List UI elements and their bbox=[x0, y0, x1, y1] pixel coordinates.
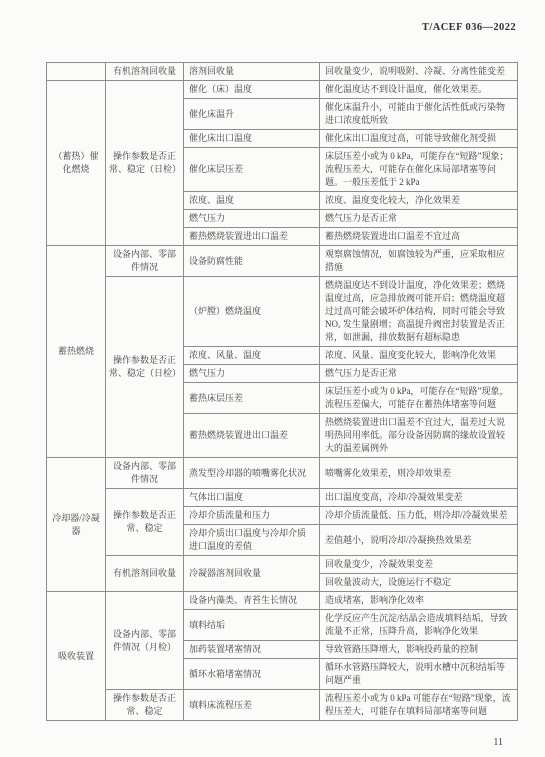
page-number: 11 bbox=[493, 737, 503, 748]
group-cell: 操作参数是否正常、稳定 bbox=[106, 690, 184, 721]
param-cell: 蓄热燃烧装置进出口温差 bbox=[184, 414, 320, 458]
desc-cell: 浓度、风量、温度变化较大，影响净化效果 bbox=[320, 347, 518, 365]
section-cell: （蓄热）催化燃烧 bbox=[47, 81, 106, 246]
param-cell: 设备内藻类、青苔生长情况 bbox=[184, 592, 320, 610]
table-row: （蓄热）催化燃烧 操作参数是否正常、稳定（日检） 催化（床）温度 催化温度达不到… bbox=[47, 81, 518, 99]
param-cell: 填料结垢 bbox=[184, 610, 320, 641]
desc-cell: 喷嘴雾化效果差，则冷却效果差 bbox=[320, 458, 518, 489]
desc-cell: 造成堵塞，影响净化效率 bbox=[320, 592, 518, 610]
desc-cell: 流程压差小或为 0 kPa 可能存在“短路”现象，流程压差大，可能存在填料局部堵… bbox=[320, 690, 518, 721]
param-cell: 催化床出口温度 bbox=[184, 130, 320, 148]
param-cell: 催化床温升 bbox=[184, 99, 320, 130]
param-cell: 蒸发型冷却器的喷嘴雾化状况 bbox=[184, 458, 320, 489]
section-cell-empty bbox=[47, 63, 106, 81]
desc-cell: 循环水管路压降较大，说明水槽中沉积结垢等问题严重 bbox=[320, 659, 518, 690]
desc-cell: 燃烧温度达不到设计温度，净化效果差；燃烧温度过高，应急排放阀可能开启；燃烧温度超… bbox=[320, 277, 518, 347]
desc-cell: 化学反应产生沉淀/结晶会造成填料结垢，导致流量不正常，压降升高，影响净化效果 bbox=[320, 610, 518, 641]
desc-cell: 热燃烧装置进出口温差不宜过大，温差过大说明热回用率低。部分设备因防腐的缘故设置较… bbox=[320, 414, 518, 458]
desc-cell: 燃气压力是否正常 bbox=[320, 210, 518, 228]
table-row: 操作参数是否正常、稳定 填料床流程压差 流程压差小或为 0 kPa 可能存在“短… bbox=[47, 690, 518, 721]
param-cell: 浓度、温度 bbox=[184, 192, 320, 210]
inspection-table: 有机溶剂回收量 溶剂回收量 回收量变少，说明吸附、冷凝、分离性能变差 （蓄热）催… bbox=[46, 62, 518, 721]
table-row: 冷却器/冷凝器 设备内部、零部件情况 蒸发型冷却器的喷嘴雾化状况 喷嘴雾化效果差… bbox=[47, 458, 518, 489]
param-cell: 溶剂回收量 bbox=[184, 63, 320, 81]
param-cell: （炉膛）燃烧温度 bbox=[184, 277, 320, 347]
desc-cell: 浓度、温度变化较大，净化效果差 bbox=[320, 192, 518, 210]
param-cell: 填料床流程压差 bbox=[184, 690, 320, 721]
table-row: 操作参数是否正常、稳定（日检） （炉膛）燃烧温度 燃烧温度达不到设计温度，净化效… bbox=[47, 277, 518, 347]
param-cell: 催化床层压差 bbox=[184, 148, 320, 192]
group-cell: 有机溶剂回收量 bbox=[106, 63, 184, 81]
param-cell: 蓄热床层压差 bbox=[184, 383, 320, 414]
param-cell: 气体出口温度 bbox=[184, 489, 320, 507]
table-row: 有机溶剂回收量 冷凝器溶剂回收量 回收量变少，冷凝效果变差 bbox=[47, 556, 518, 574]
document-header: T/ACEF 036—2022 bbox=[422, 22, 516, 33]
desc-cell: 床层压差小或为 0 kPa，可能存在“短路”现象；流程压差大，可能存在催化床局部… bbox=[320, 148, 518, 192]
desc-cell: 出口温度变高，冷却/冷凝效果变差 bbox=[320, 489, 518, 507]
desc-cell: 导致管路压降增大，影响投药量的控制 bbox=[320, 641, 518, 659]
desc-cell: 燃气压力是否正常 bbox=[320, 365, 518, 383]
table-row: 蓄热燃烧 设备内部、零部件情况 设备防腐性能 观察腐蚀情况，如腐蚀较为严重，应采… bbox=[47, 246, 518, 277]
section-cell: 吸收装置 bbox=[47, 592, 106, 721]
desc-cell: 差值越小，说明冷却/冷凝换热效果差 bbox=[320, 525, 518, 556]
param-cell: 加药装置堵塞情况 bbox=[184, 641, 320, 659]
desc-cell: 冷却介质流量低、压力低，则冷却/冷凝效果差 bbox=[320, 507, 518, 525]
group-cell: 操作参数是否正常、稳定 bbox=[106, 489, 184, 556]
desc-cell: 回收量波动大，设施运行不稳定 bbox=[320, 574, 518, 592]
group-cell: 设备内部、零部件情况（月检） bbox=[106, 592, 184, 690]
desc-cell: 蓄热燃烧装置进出口温差不宜过高 bbox=[320, 228, 518, 246]
desc-cell: 回收量变少，冷凝效果变差 bbox=[320, 556, 518, 574]
group-cell: 操作参数是否正常、稳定（日检） bbox=[106, 277, 184, 458]
document-page: T/ACEF 036—2022 有机溶剂回收量 溶剂回收量 回收量变少，说明吸附… bbox=[0, 0, 545, 757]
table-row: 有机溶剂回收量 溶剂回收量 回收量变少，说明吸附、冷凝、分离性能变差 bbox=[47, 63, 518, 81]
param-cell: 冷凝器溶剂回收量 bbox=[184, 556, 320, 592]
param-cell: 循环水箱堵塞情况 bbox=[184, 659, 320, 690]
desc-cell: 观察腐蚀情况，如腐蚀较为严重，应采取相应措施 bbox=[320, 246, 518, 277]
desc-cell: 回收量变少，说明吸附、冷凝、分离性能变差 bbox=[320, 63, 518, 81]
param-cell: 设备防腐性能 bbox=[184, 246, 320, 277]
desc-cell: 床层压差小或为 0 kPa，可能存在“短路”现象，流程压差偏大，可能存在蓄热体堵… bbox=[320, 383, 518, 414]
table-row: 操作参数是否正常、稳定 气体出口温度 出口温度变高，冷却/冷凝效果变差 bbox=[47, 489, 518, 507]
group-cell: 设备内部、零部件情况 bbox=[106, 246, 184, 277]
param-cell: 催化（床）温度 bbox=[184, 81, 320, 99]
group-cell: 操作参数是否正常、稳定（日检） bbox=[106, 81, 184, 246]
param-cell: 燃气压力 bbox=[184, 365, 320, 383]
param-cell: 燃气压力 bbox=[184, 210, 320, 228]
param-cell: 冷却介质出口温度与冷却介质进口温度的差值 bbox=[184, 525, 320, 556]
param-cell: 冷却介质流量和压力 bbox=[184, 507, 320, 525]
desc-cell: 催化床温升小，可能由于催化活性低或污染物进口浓度低所致 bbox=[320, 99, 518, 130]
section-cell: 蓄热燃烧 bbox=[47, 246, 106, 458]
section-cell: 冷却器/冷凝器 bbox=[47, 458, 106, 592]
table-row: 吸收装置 设备内部、零部件情况（月检） 设备内藻类、青苔生长情况 造成堵塞，影响… bbox=[47, 592, 518, 610]
group-cell: 设备内部、零部件情况 bbox=[106, 458, 184, 489]
desc-cell: 催化床出口温度过高，可能导致催化剂受损 bbox=[320, 130, 518, 148]
param-cell: 浓度、风量、温度 bbox=[184, 347, 320, 365]
param-cell: 蓄热燃烧装置进出口温差 bbox=[184, 228, 320, 246]
desc-cell: 催化温度达不到设计温度，催化效果差。 bbox=[320, 81, 518, 99]
group-cell: 有机溶剂回收量 bbox=[106, 556, 184, 592]
